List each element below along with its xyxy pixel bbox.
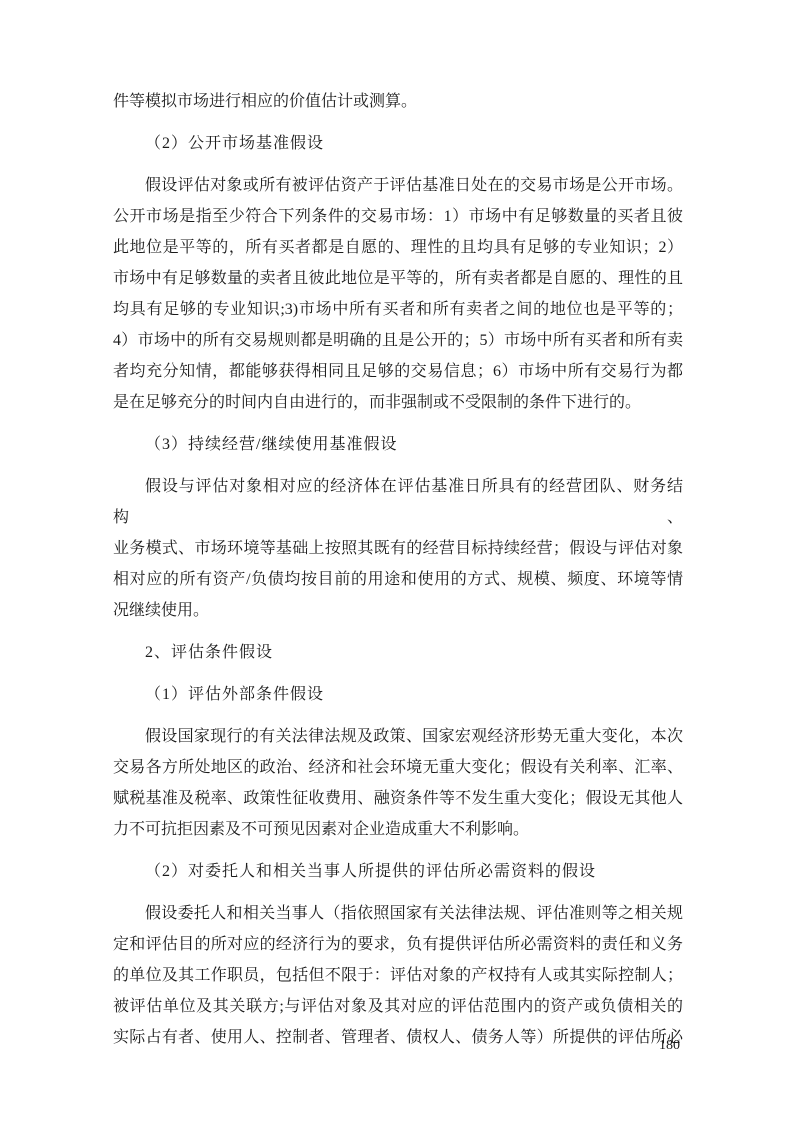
heading-line: （3）持续经营/继续使用基准假设 xyxy=(113,429,683,460)
text-line: 假设评估对象或所有被评估资产于评估基准日处在的交易市场是公开市场。 xyxy=(113,170,683,201)
text-line: 交易各方所处地区的政治、经济和社会环境无重大变化；假设有关利率、汇率、 xyxy=(113,752,683,783)
heading-line: （2）公开市场基准假设 xyxy=(113,128,683,159)
section-heading: （2）公开市场基准假设 xyxy=(113,128,683,159)
text-line: 赋税基准及税率、政策性征收费用、融资条件等不发生重大变化；假设无其他人 xyxy=(113,783,683,814)
text-line: 公开市场是指至少符合下列条件的交易市场：1）市场中有足够数量的买者且彼 xyxy=(113,201,683,232)
text-line: 者均充分知情，都能够获得相同且足够的交易信息；6）市场中所有交易行为都 xyxy=(113,356,683,387)
heading-line: 2、评估条件假设 xyxy=(113,637,683,668)
text-line: 力不可抗拒因素及不可预见因素对企业造成重大不利影响。 xyxy=(113,814,683,845)
text-line: 定和评估目的所对应的经济行为的要求，负有提供评估所必需资料的责任和义务 xyxy=(113,929,683,960)
text-line: 况继续使用。 xyxy=(113,595,683,626)
section-heading: （1）评估外部条件假设 xyxy=(113,679,683,710)
paragraph: 假设评估对象或所有被评估资产于评估基准日处在的交易市场是公开市场。公开市场是指至… xyxy=(113,170,683,418)
paragraph: 假设委托人和相关当事人（指依照国家有关法律法规、评估准则等之相关规定和评估目的所… xyxy=(113,898,683,1053)
text-line: 此地位是平等的，所有买者都是自愿的、理性的且均具有足够的专业知识；2） xyxy=(113,232,683,263)
text-line: 是在足够充分的时间内自由进行的，而非强制或不受限制的条件下进行的。 xyxy=(113,387,683,418)
text-line: 4）市场中的所有交易规则都是明确的且是公开的；5）市场中所有买者和所有卖 xyxy=(113,325,683,356)
document-body: 件等模拟市场进行相应的价值估计或测算。（2）公开市场基准假设假设评估对象或所有被… xyxy=(113,86,683,1064)
document-page: 件等模拟市场进行相应的价值估计或测算。（2）公开市场基准假设假设评估对象或所有被… xyxy=(0,0,793,1122)
paragraph: 假设国家现行的有关法律法规及政策、国家宏观经济形势无重大变化，本次交易各方所处地… xyxy=(113,721,683,845)
paragraph: 件等模拟市场进行相应的价值估计或测算。 xyxy=(113,86,683,117)
text-line: 被评估单位及其关联方;与评估对象及其对应的评估范围内的资产或负债相关的 xyxy=(113,991,683,1022)
section-heading: 2、评估条件假设 xyxy=(113,637,683,668)
section-heading: （3）持续经营/继续使用基准假设 xyxy=(113,429,683,460)
text-line: 的单位及其工作职员，包括但不限于：评估对象的产权持有人或其实际控制人； xyxy=(113,960,683,991)
heading-line: （2）对委托人和相关当事人所提供的评估所必需资料的假设 xyxy=(113,856,683,887)
section-heading: （2）对委托人和相关当事人所提供的评估所必需资料的假设 xyxy=(113,856,683,887)
text-line: 实际占有者、使用人、控制者、管理者、债权人、债务人等）所提供的评估所必 xyxy=(113,1022,683,1053)
paragraph: 假设与评估对象相对应的经济体在评估基准日所具有的经营团队、财务结构、业务模式、市… xyxy=(113,471,683,626)
text-line: 假设委托人和相关当事人（指依照国家有关法律法规、评估准则等之相关规 xyxy=(113,898,683,929)
text-line: 均具有足够的专业知识;3)市场中所有买者和所有卖者之间的地位也是平等的； xyxy=(113,294,683,325)
text-line: 市场中有足够数量的卖者且彼此地位是平等的，所有卖者都是自愿的、理性的且 xyxy=(113,263,683,294)
text-line: 假设与评估对象相对应的经济体在评估基准日所具有的经营团队、财务结构、 xyxy=(113,471,683,533)
text-line: 业务模式、市场环境等基础上按照其既有的经营目标持续经营；假设与评估对象 xyxy=(113,533,683,564)
text-line: 相对应的所有资产/负债均按目前的用途和使用的方式、规模、频度、环境等情 xyxy=(113,564,683,595)
text-line: 假设国家现行的有关法律法规及政策、国家宏观经济形势无重大变化，本次 xyxy=(113,721,683,752)
page-number: 180 xyxy=(659,1036,680,1056)
text-line: 件等模拟市场进行相应的价值估计或测算。 xyxy=(113,86,683,117)
heading-line: （1）评估外部条件假设 xyxy=(113,679,683,710)
